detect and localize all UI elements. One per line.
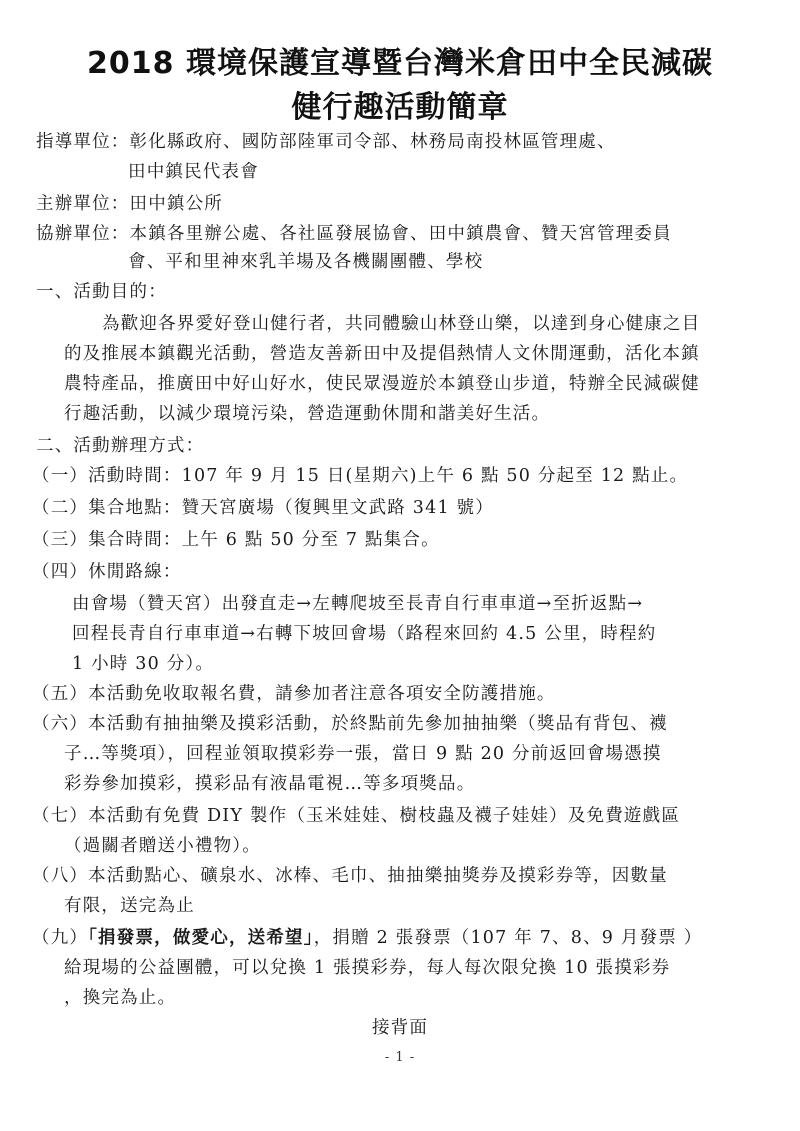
item-6-continuation: 子…等獎項），回程並領取摸彩券一張，當日 9 點 20 分前返回會場憑摸	[64, 740, 662, 765]
item-3: （三）集合時間：上午 6 點 50 分至 7 點集合。	[32, 526, 440, 551]
item-text: ，捐贈 2 張發票（107 年 7、8、9 月發票 ）	[314, 928, 703, 948]
host-row: 主辦單位：田中鎮公所	[36, 190, 223, 215]
item-2: （二）集合地點：贊天宮廣場（復興里文武路 341 號）	[32, 494, 494, 519]
title-line-2: 健行趣活動簡章	[0, 82, 800, 126]
item-number: （四）	[32, 562, 88, 582]
page-number: - 1 -	[0, 1050, 800, 1065]
item-6: （六）本活動有抽抽樂及摸彩活動，於終點前先參加抽抽樂（獎品有背包、襪	[32, 710, 668, 735]
host-value: 田中鎮公所	[130, 194, 224, 214]
item-number: （七）	[32, 806, 88, 826]
item-9-slogan: 「捐發票，做愛心，送希望」	[88, 928, 314, 948]
section1-paragraph-line: 的及推展本鎮觀光活動，營造友善新田中及提倡熱情人文休閒運動，活化本鎮	[64, 340, 700, 365]
continue-on-back: 接背面	[0, 1014, 800, 1039]
item-number: （九）	[32, 928, 88, 948]
section1-heading: 一、活動目的：	[36, 278, 167, 303]
section1-paragraph-line: 為歡迎各界愛好登山健行者，共同體驗山林登山樂，以達到身心健康之目	[102, 310, 700, 335]
title-line-1: 2018 環境保護宣導暨台灣米倉田中全民減碳	[0, 38, 800, 82]
section2-heading: 二、活動辦理方式：	[36, 432, 204, 457]
item-number: （一）	[32, 466, 88, 486]
item-text: 本活動點心、礦泉水、冰棒、毛巾、抽抽樂抽獎券及摸彩券等，因數量	[88, 866, 668, 886]
route-line: 回程長青自行車車道→右轉下坡回會場（路程來回約 4.5 公里，時程約	[72, 620, 656, 645]
co-organizer-label: 協辦單位：	[36, 224, 130, 244]
section1-paragraph-line: 行趣活動，以減少環境污染，營造運動休閒和諧美好生活。	[64, 400, 550, 425]
item-9-continuation: ，換完為止。	[64, 984, 176, 1009]
guidance-row-2: 田中鎮民代表會	[128, 158, 259, 183]
item-text: 本活動免收取報名費，請參加者注意各項安全防護措施。	[88, 684, 556, 704]
item-number: （五）	[32, 684, 88, 704]
item-9: （九）「捐發票，做愛心，送希望」，捐贈 2 張發票（107 年 7、8、9 月發…	[32, 924, 702, 949]
guidance-label: 指導單位：	[36, 132, 130, 152]
item-text: 集合地點：贊天宮廣場（復興里文武路 341 號）	[88, 498, 494, 518]
item-text: 集合時間：上午 6 點 50 分至 7 點集合。	[88, 530, 440, 550]
item-text: 休閒路線：	[88, 562, 182, 582]
document-page: 2018 環境保護宣導暨台灣米倉田中全民減碳 健行趣活動簡章 指導單位：彰化縣政…	[0, 0, 800, 1131]
item-number: （六）	[32, 714, 88, 734]
item-4: （四）休閒路線：	[32, 558, 182, 583]
item-8: （八）本活動點心、礦泉水、冰棒、毛巾、抽抽樂抽獎券及摸彩券等，因數量	[32, 862, 668, 887]
host-label: 主辦單位：	[36, 194, 130, 214]
item-6-continuation: 彩券參加摸彩，摸彩品有液晶電視…等多項獎品。	[64, 770, 475, 795]
item-number: （三）	[32, 530, 88, 550]
guidance-row-1: 指導單位：彰化縣政府、國防部陸軍司令部、林務局南投林區管理處、	[36, 128, 616, 153]
item-8-continuation: 有限，送完為止	[64, 892, 195, 917]
item-number: （二）	[32, 498, 88, 518]
item-7-continuation: （過關者贈送小禮物）。	[64, 832, 261, 857]
item-5: （五）本活動免收取報名費，請參加者注意各項安全防護措施。	[32, 680, 556, 705]
co-organizer-value: 本鎮各里辦公處、各社區發展協會、田中鎮農會、贊天宮管理委員	[130, 224, 672, 244]
co-organizer-row-2: 會、平和里神來乳羊場及各機關團體、學校	[128, 248, 483, 273]
item-number: （八）	[32, 866, 88, 886]
item-7: （七）本活動有免費 DIY 製作（玉米娃娃、樹枝蟲及襪子娃娃）及免費遊戲區	[32, 802, 680, 827]
route-line: 1 小時 30 分）。	[72, 650, 214, 675]
item-1: （一）活動時間：107 年 9 月 15 日(星期六)上午 6 點 50 分起至…	[32, 462, 688, 487]
section1-paragraph-line: 農特產品，推廣田中好山好水，使民眾漫遊於本鎮登山步道，特辦全民減碳健	[64, 370, 700, 395]
item-text: 本活動有免費 DIY 製作（玉米娃娃、樹枝蟲及襪子娃娃）及免費遊戲區	[88, 806, 680, 826]
co-organizer-row-1: 協辦單位：本鎮各里辦公處、各社區發展協會、田中鎮農會、贊天宮管理委員	[36, 220, 672, 245]
item-9-continuation: 給現場的公益團體，可以兌換 1 張摸彩券，每人每次限兌換 10 張摸彩券	[64, 954, 670, 979]
route-line: 由會場（贊天宮）出發直走→左轉爬坡至長青自行車車道→至折返點→	[72, 590, 643, 615]
item-text: 活動時間：107 年 9 月 15 日(星期六)上午 6 點 50 分起至 12…	[88, 466, 688, 486]
item-text: 本活動有抽抽樂及摸彩活動，於終點前先參加抽抽樂（獎品有背包、襪	[88, 714, 668, 734]
guidance-value: 彰化縣政府、國防部陸軍司令部、林務局南投林區管理處、	[130, 132, 616, 152]
